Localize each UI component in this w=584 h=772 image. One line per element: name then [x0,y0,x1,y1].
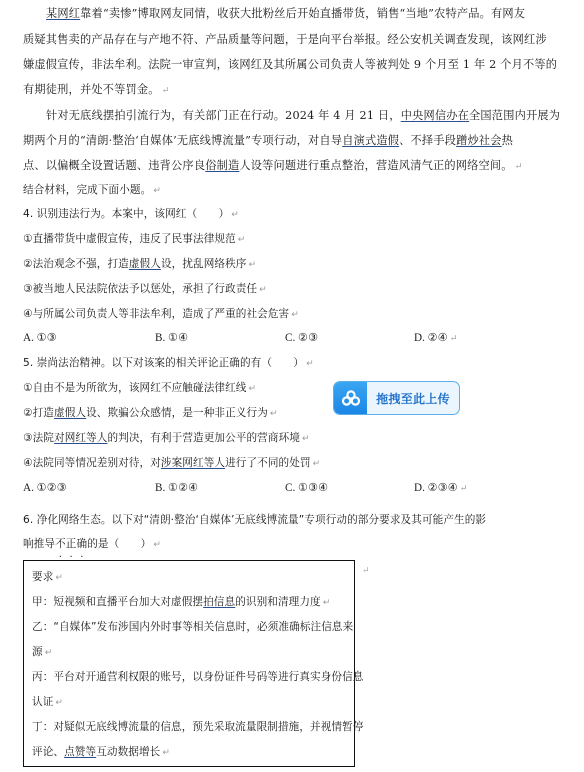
material-para1-line3: 嫌虚假宣传，非法牟利。法院一审宣判，该网红及其所属公司负责人等被判处 9 个月至… [23,57,557,73]
drag-upload-button[interactable]: 拖拽至此上传 [333,381,460,415]
emphasis-char: 确 [77,538,88,550]
q5-option-3: ③法院对网红等人的判决，有利于营造更加公平的营商环境↵ [23,430,310,447]
paragraph-mark-icon: ↵ [259,285,267,295]
paragraph-mark-icon: ↵ [302,434,310,444]
q5-stem: 5. 崇尚法治精神。以下对该案的相关评论正确的有（ ）↵ [23,355,314,372]
q5-choice-a: A. ①②③ [23,480,67,496]
paragraph-mark-icon: ↵ [55,573,63,583]
q5-choice-b: B. ①②④ [155,480,198,496]
cloud-upload-icon [334,382,367,414]
requirement-yi-line2: 源↵ [32,644,52,661]
underlined-term: 蹭炒社会 [456,134,502,147]
q4-option-3: ③被当地人民法院依法予以惩处，承担了行政责任↵ [23,281,267,298]
q4-choice-a: A. ①③ [23,330,57,346]
material-para2-line2: 期两个月的“清朗·整治‘自媒体’无底线博流量”专项行动，对自导自演式造假、不择手… [23,133,513,149]
q4-option-2: ②法治观念不强，打造虚假人设，扰乱网络秩序↵ [23,256,256,273]
underlined-term: 虚假人 [54,407,86,419]
paragraph-mark-icon: ↵ [162,748,170,758]
paragraph-mark-icon: ↵ [460,483,468,493]
instruction-text: 结合材料，完成下面小题。↵ [23,182,161,199]
underlined-term: 虚假人 [129,258,161,270]
requirement-bing-line2: 认证↵ [32,694,63,711]
paragraph-mark-icon: ↵ [291,310,299,320]
underlined-term: 对网红等人 [54,432,107,444]
paragraph-mark-icon: ↵ [313,459,321,469]
paragraph-mark-icon: ↵ [153,540,161,550]
underlined-term: 中央网信办在 [401,109,469,122]
q4-option-4: ④与所属公司负责人等非法牟利，造成了严重的社会危害↵ [23,306,299,323]
paragraph-mark-icon: ↵ [306,359,314,369]
q5-option-4: ④法院同等情况差别对待，对涉案网红等人进行了不同的处罚↵ [23,455,320,472]
q6-stem-line1: 6. 净化网络生态。以下对“清朗·整治‘自媒体’无底线博流量”专项行动的部分要求… [23,512,486,528]
upload-label: 拖拽至此上传 [367,390,459,407]
paragraph-mark-icon: ↵ [55,698,63,708]
requirement-jia: 甲：短视频和直播平台加大对虚假摆拍信息的识别和清理力度↵ [32,594,330,611]
underlined-term: 俗制造 [205,159,239,172]
q4-option-1: ①直播带货中虚假宣传，违反了民事法律规范↵ [23,231,245,248]
paragraph-mark-icon: ↵ [231,210,239,220]
paragraph-mark-icon: ↵ [362,566,370,576]
emphasis-dotted-text: 不正确 [55,538,87,550]
requirements-box: 要求↵ 甲：短视频和直播平台加大对虚假摆拍信息的识别和清理力度↵ 乙：“自媒体”… [23,560,355,767]
material-para1-line1: 某网红靠着“卖惨”博取网友同情，收获大批粉丝后开始直播带货，销售“当地”农特产品… [46,6,525,22]
paragraph-mark-icon: ↵ [248,384,256,394]
emphasis-char: 不 [55,538,66,550]
paragraph-mark-icon: ↵ [162,86,170,96]
q5-choice-d: D. ②③④↵ [414,480,467,496]
requirement-yi-line1: 乙：“自媒体”发布涉国内外时事等相关信息时，必须准确标注信息来 [32,619,353,635]
underlined-term: 点赞等 [64,746,96,758]
q6-stem-line2: 响推导不正确的是（ ）↵ [23,536,161,553]
paragraph-mark-icon: ↵ [323,598,331,608]
material-para2-line3: 点、以偏概全设置话题、违背公序良俗制造人设等问题进行重点整治，营造风清气正的网络… [23,158,522,175]
emphasis-char: 正 [66,538,77,550]
requirements-title: 要求↵ [32,569,63,586]
paragraph-mark-icon: ↵ [270,409,278,419]
paragraph-mark-icon: ↵ [249,260,257,270]
q5-option-2: ②打造虚假人设、欺骗公众感情，是一种非正义行为↵ [23,405,278,422]
q4-choice-c: C. ②③ [285,330,318,346]
paragraph-mark-icon: ↵ [153,186,161,196]
requirement-ding-line2: 评论、点赞等互动数据增长↵ [32,744,170,761]
underlined-term: 某网红 [46,7,80,20]
requirement-bing-line1: 丙：平台对开通营利权限的账号，以身份证件号码等进行真实身份信息 [32,669,364,685]
paragraph-mark-icon: ↵ [238,235,246,245]
material-para1-line4: 有期徒刑，并处不等罚金。↵ [23,82,169,99]
material-para1-line2: 质疑其售卖的产品存在与产地不符、产品质量等问题，于是向平台举报。经公安机关调查发… [23,32,547,48]
requirement-ding-line1: 丁：对疑似无底线博流量的信息，预先采取流量限制措施，并视情暂停 [32,719,364,735]
paragraph-mark-icon: ↵ [450,333,458,343]
underlined-term: 涉案网红等人 [161,457,225,469]
paragraph-mark-icon: ↵ [515,162,523,172]
q5-option-1: ①自由不是为所欲为，该网红不应触碰法律红线↵ [23,380,256,397]
q4-stem: 4. 识别违法行为。本案中，该网红（ ）↵ [23,206,239,223]
underlined-term: 拍信息 [203,596,235,608]
material-para2-line1: 针对无底线摆拍引流行为，有关部门正在行动。2024 年 4 月 21 日，中央网… [46,108,560,124]
q4-choice-d: D. ②④↵ [414,330,457,346]
paragraph-mark-icon: ↵ [45,648,53,658]
underlined-term: 自演式造假 [342,134,399,147]
q5-choice-c: C. ①③④ [285,480,328,496]
q4-choice-b: B. ①④ [155,330,188,346]
